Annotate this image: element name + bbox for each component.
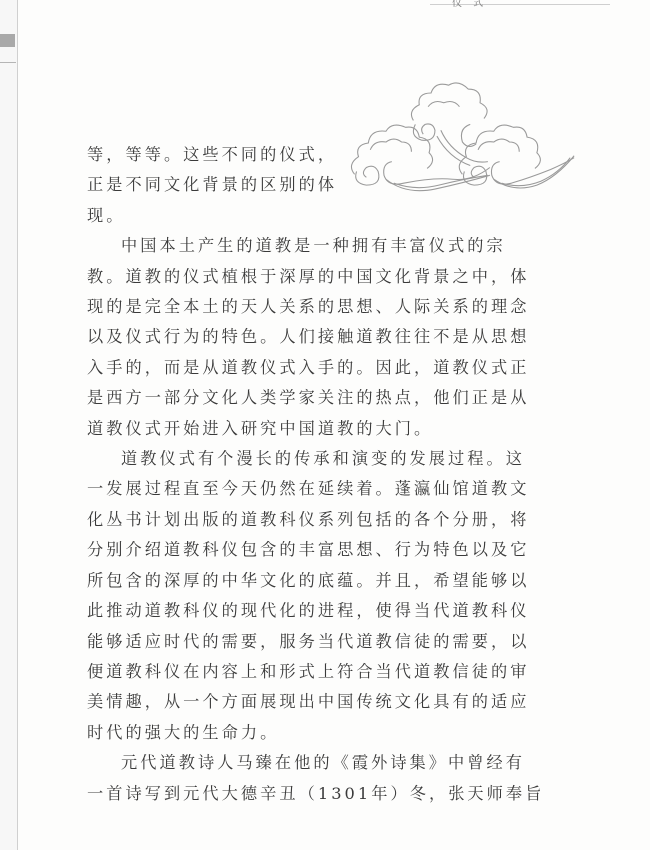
text-line: 便道教科仪在内容上和形式上符合当代道教信徒的审 — [87, 657, 497, 687]
text-line: 能够适应时代的需要，服务当代道教信徒的需要，以 — [87, 627, 497, 657]
text-line: 一发展过程直至今天仍然在延续着。蓬瀛仙馆道教文 — [87, 474, 497, 504]
text-line: 等，等等。这些不同的仪式， — [87, 140, 327, 170]
text-line: 道教仪式有个漫长的传承和演变的发展过程。这 — [87, 444, 497, 474]
chapter-tab-marker — [0, 34, 15, 47]
text-line: 正是不同文化背景的区别的体 — [87, 170, 327, 200]
gutter-rule — [0, 62, 16, 63]
running-header: 仪 式 — [452, 0, 487, 9]
text-line: 化丛书计划出版的道教科仪系列包括的各个分册，将 — [87, 505, 497, 535]
paragraph-ritual-development: 道教仪式有个漫长的传承和演变的发展过程。这 一发展过程直至今天仍然在延续着。蓬瀛… — [87, 444, 497, 748]
body-text: 等，等等。这些不同的仪式， 正是不同文化背景的区别的体 现。 中国本土产生的道教… — [87, 140, 497, 809]
text-line: 分别介绍道教科仪包含的丰富思想、行为特色以及它 — [87, 535, 497, 565]
text-line: 现的是完全本土的天人关系的思想、人际关系的理念 — [87, 292, 497, 322]
text-line: 以及仪式行为的特色。人们接触道教往往不是从思想 — [87, 322, 497, 352]
text-line: 所包含的深厚的中华文化的底蕴。并且，希望能够以 — [87, 566, 497, 596]
text-line: 教。道教的仪式植根于深厚的中国文化背景之中，体 — [87, 262, 497, 292]
text-line: 现。 — [87, 201, 327, 231]
page-gutter — [0, 0, 18, 850]
text-line: 时代的强大的生命力。 — [87, 718, 497, 748]
paragraph-daoism-ritual: 中国本土产生的道教是一种拥有丰富仪式的宗 教。道教的仪式植根于深厚的中国文化背景… — [87, 231, 497, 444]
text-line: 入手的，而是从道教仪式入手的。因此，道教仪式正 — [87, 353, 497, 383]
text-line: 此推动道教科仪的现代化的进程，使得当代道教科仪 — [87, 596, 497, 626]
text-line: 一首诗写到元代大德辛丑（1301年）冬，张天师奉旨 — [87, 779, 497, 809]
text-line: 美情趣，从一个方面展现出中国传统文化具有的适应 — [87, 687, 497, 717]
paragraph-ma-zhen-poem: 元代道教诗人马臻在他的《霞外诗集》中曾经有 一首诗写到元代大德辛丑（1301年）… — [87, 748, 497, 809]
text-line: 道教仪式开始进入研究中国道教的大门。 — [87, 414, 497, 444]
text-line: 是西方一部分文化人类学家关注的热点，他们正是从 — [87, 383, 497, 413]
text-line: 中国本土产生的道教是一种拥有丰富仪式的宗 — [87, 231, 497, 261]
paragraph-intro: 等，等等。这些不同的仪式， 正是不同文化背景的区别的体 现。 — [87, 140, 327, 231]
text-line: 元代道教诗人马臻在他的《霞外诗集》中曾经有 — [87, 748, 497, 778]
